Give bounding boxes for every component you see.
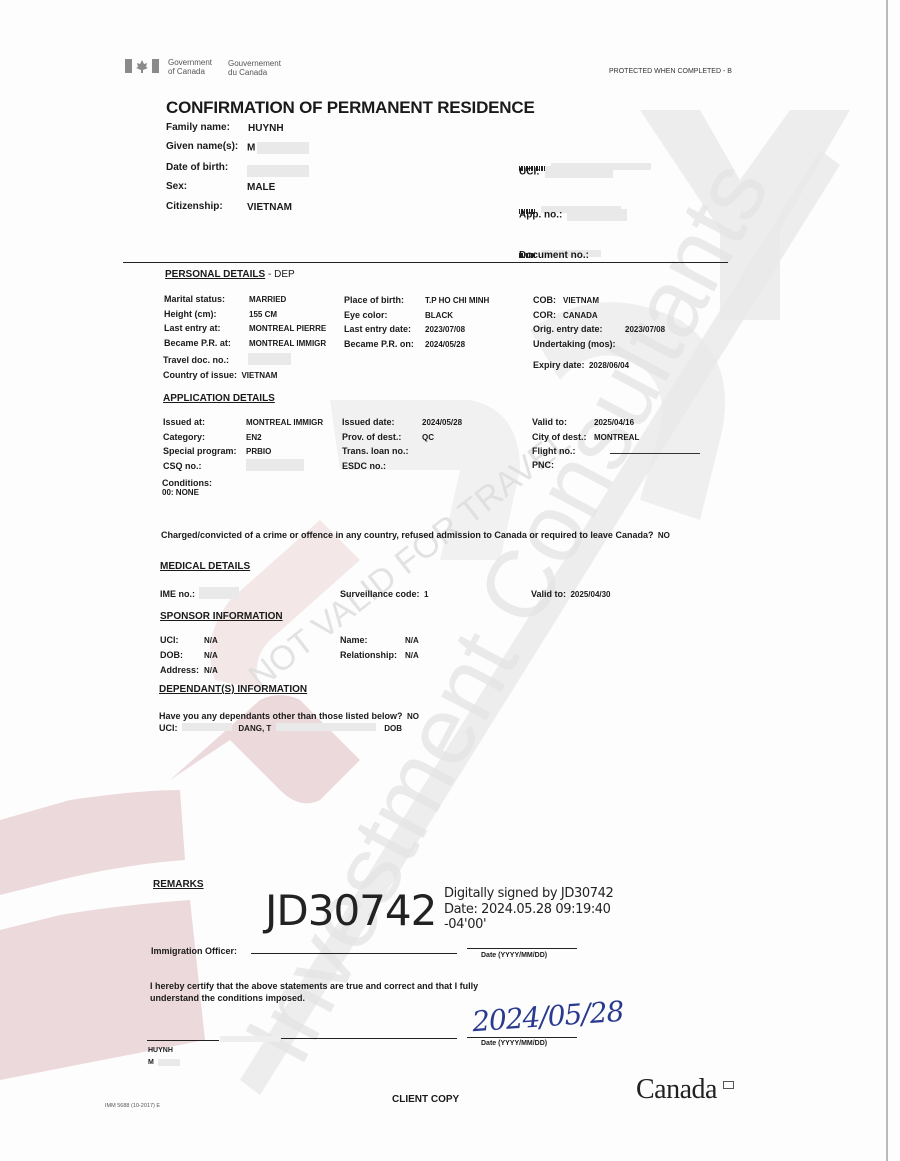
csq-label: CSQ no.:: [163, 460, 246, 473]
page-edge: [886, 0, 888, 1161]
sponsor-col1: UCI:N/A DOB:N/A Address:N/A: [160, 632, 218, 677]
conditions-value: 00: NONE: [162, 488, 212, 498]
application-col3: Valid to:2025/04/16 City of dest.:MONTRE…: [532, 415, 700, 472]
eye-color-value: BLACK: [425, 311, 453, 320]
header-divider: [123, 262, 728, 263]
sponsor-uci-label: UCI:: [160, 634, 204, 647]
citizenship-value: VIETNAM: [247, 202, 292, 213]
uci-label-text: UCI:: [519, 167, 540, 178]
medical-valid-label: Valid to:: [531, 589, 566, 599]
dob-redacted: [247, 162, 309, 180]
doc-no-label: Document no.:: [519, 250, 589, 261]
given-names-label: Given name(s):: [166, 141, 238, 152]
city-dest-label: City of dest.:: [532, 431, 594, 444]
sex-value: MALE: [247, 182, 275, 193]
conditions-block: Conditions: 00: NONE: [162, 478, 212, 498]
dob-label: Date of birth:: [166, 162, 228, 173]
expiry-label: Expiry date:: [533, 360, 585, 370]
surveillance-block: Surveillance code: 1: [340, 584, 428, 602]
redacted-box: [182, 723, 232, 731]
ime-label: IME no.:: [160, 589, 195, 599]
redacted-box: [276, 723, 376, 731]
special-program-value: PRBIO: [246, 447, 271, 456]
sponsor-relationship-label: Relationship:: [340, 649, 405, 662]
expiry-value: 2028/06/04: [589, 361, 629, 370]
last-entry-at-value: MONTREAL PIERRE: [249, 324, 326, 333]
became-pr-at-value: MONTREAL IMMIGR: [249, 339, 326, 348]
certify-line1: I hereby certify that the above statemen…: [150, 980, 478, 992]
form-code: IMM 5688 (10-2017) E: [105, 1103, 160, 1109]
dependant-name: DANG, T: [238, 724, 271, 733]
wordmark-flag-icon: [723, 1081, 734, 1089]
redacted-box: [246, 459, 304, 471]
handwritten-date: 2024/05/28: [471, 995, 624, 1038]
personal-col1: Marital status:MARRIED Height (cm):155 C…: [164, 292, 326, 350]
issued-date-value: 2024/05/28: [422, 418, 462, 427]
valid-to-label: Valid to:: [532, 416, 594, 429]
height-value: 155 CM: [249, 310, 277, 319]
travel-doc-block: Travel doc. no.: Country of issue: VIETN…: [163, 352, 291, 382]
uci-label: UCI:: [519, 166, 613, 178]
esdc-label: ESDC no.:: [342, 460, 422, 473]
flight-no-label: Flight no.:: [532, 445, 594, 458]
redacted-box: [248, 353, 291, 365]
redacted-box: [545, 166, 613, 178]
app-no-text: App. no.:: [519, 210, 562, 221]
orig-entry-value: 2023/07/08: [625, 325, 665, 334]
personal-details-heading: PERSONAL DETAILS - DEP: [165, 269, 295, 280]
personal-col2: Place of birth:T.P HO CHI MINH Eye color…: [344, 293, 489, 351]
city-dest-value: MONTREAL: [594, 433, 639, 442]
application-col1: Issued at:MONTREAL IMMIGR Category:EN2 S…: [163, 415, 323, 472]
officer-date-line: [467, 948, 577, 949]
surveillance-label: Surveillance code:: [340, 589, 420, 599]
redacted-box: [247, 165, 309, 177]
became-pr-on-value: 2024/05/28: [425, 340, 465, 349]
marital-value: MARRIED: [249, 295, 286, 304]
officer-signature-id: JD30742: [265, 887, 436, 935]
became-pr-on-label: Became P.R. on:: [344, 338, 425, 351]
flight-no-line: [610, 446, 700, 454]
gov-fr: Gouvernement du Canada: [228, 59, 281, 77]
issued-date-label: Issued date:: [342, 416, 422, 429]
gov-en: Government of Canada: [168, 58, 212, 76]
dependants-answer: NO: [407, 712, 419, 721]
sponsor-address-value: N/A: [204, 666, 218, 675]
cor-value: CANADA: [563, 311, 598, 320]
cob-label: COB:: [533, 294, 563, 307]
page-title: CONFIRMATION OF PERMANENT RESIDENCE: [166, 98, 535, 118]
gov-en-line1: Government: [168, 58, 212, 67]
gov-fr-line2: du Canada: [228, 68, 281, 77]
given-names-value: M: [247, 142, 309, 154]
dependant-dob-label: DOB: [384, 724, 402, 733]
officer-label: Immigration Officer:: [151, 946, 237, 956]
redacted-box: [220, 1036, 280, 1042]
last-entry-date-value: 2023/07/08: [425, 325, 465, 334]
sponsor-uci-value: N/A: [204, 636, 218, 645]
canada-flag-icon: [125, 58, 159, 74]
eye-color-label: Eye color:: [344, 309, 425, 322]
ime-block: IME no.:: [160, 584, 239, 602]
application-col2: Issued date:2024/05/28 Prov. of dest.:QC…: [342, 415, 462, 473]
client-copy-label: CLIENT COPY: [392, 1094, 459, 1105]
trans-loan-label: Trans. loan no.:: [342, 445, 422, 458]
conditions-label: Conditions:: [162, 478, 212, 488]
personal-heading-text: PERSONAL DETAILS: [165, 269, 265, 280]
prov-dest-value: QC: [422, 433, 434, 442]
personal-heading-suffix: - DEP: [268, 269, 295, 280]
digital-sig-line2: Date: 2024.05.28 09:19:40: [444, 902, 613, 918]
client-name-block: HUYNH M: [148, 1045, 180, 1069]
criminal-answer: NO: [658, 531, 670, 540]
country-issue-label: Country of issue:: [163, 370, 237, 380]
undertaking-label: Undertaking (mos):: [533, 339, 616, 349]
given-names-text: M: [247, 143, 255, 154]
family-name-label: Family name:: [166, 122, 230, 133]
personal-col3: COB:VIETNAM COR:CANADA Orig. entry date:…: [533, 293, 665, 351]
last-entry-date-label: Last entry date:: [344, 323, 425, 336]
country-issue-value: VIETNAM: [241, 371, 277, 380]
sponsor-name-label: Name:: [340, 634, 405, 647]
remarks-heading: REMARKS: [153, 879, 204, 890]
criminal-question: Charged/convicted of a crime or offence …: [161, 525, 670, 543]
canada-wordmark-text: Canada: [636, 1074, 717, 1105]
travel-doc-label: Travel doc. no.:: [163, 354, 248, 367]
criminal-question-text: Charged/convicted of a crime or offence …: [161, 530, 653, 540]
became-pr-at-label: Became P.R. at:: [164, 337, 249, 350]
sponsor-heading: SPONSOR INFORMATION: [160, 611, 283, 622]
application-details-heading: APPLICATION DETAILS: [163, 393, 275, 404]
redacted-box: [567, 209, 627, 221]
place-of-birth-label: Place of birth:: [344, 294, 425, 307]
client-given: M: [148, 1059, 154, 1066]
sponsor-dob-label: DOB:: [160, 649, 204, 662]
expiry-block: Expiry date: 2028/06/04: [533, 355, 629, 373]
canada-wordmark: Canada: [636, 1074, 717, 1106]
category-value: EN2: [246, 433, 262, 442]
sponsor-dob-value: N/A: [204, 651, 218, 660]
client-sign-line: [281, 1038, 457, 1039]
sponsor-address-label: Address:: [160, 664, 204, 677]
gov-canada-signature: [125, 58, 159, 79]
medical-details-heading: MEDICAL DETAILS: [160, 561, 250, 572]
family-name-value: HUYNH: [248, 123, 284, 134]
redacted-box: [199, 587, 239, 599]
redacted-box: [257, 142, 309, 154]
dependant-row: UCI: DANG, T DOB: [159, 718, 402, 736]
medical-valid-block: Valid to: 2025/04/30: [531, 584, 611, 602]
medical-valid-value: 2025/04/30: [570, 590, 610, 599]
gov-en-line2: of Canada: [168, 67, 212, 76]
category-label: Category:: [163, 431, 246, 444]
officer-sign-line: [251, 953, 457, 954]
client-name-line: [147, 1040, 219, 1041]
redacted-box: [158, 1059, 180, 1066]
prov-dest-label: Prov. of dest.:: [342, 431, 422, 444]
surveillance-value: 1: [424, 590, 428, 599]
digital-sig-line1: Digitally signed by JD30742: [444, 886, 613, 902]
client-date-label: Date (YYYY/MM/DD): [481, 1040, 547, 1047]
gov-fr-line1: Gouvernement: [228, 59, 281, 68]
pnc-label: PNC:: [532, 459, 594, 472]
sponsor-col2: Name:N/A Relationship:N/A: [340, 632, 419, 662]
digital-signature-block: Digitally signed by JD30742 Date: 2024.0…: [444, 886, 613, 933]
issued-at-value: MONTREAL IMMIGR: [246, 418, 323, 427]
protected-label: PROTECTED WHEN COMPLETED - B: [609, 68, 732, 75]
sponsor-name-value: N/A: [405, 636, 419, 645]
orig-entry-label: Orig. entry date:: [533, 323, 625, 336]
certify-line2: understand the conditions imposed.: [150, 992, 478, 1004]
officer-date-label: Date (YYYY/MM/DD): [481, 952, 547, 959]
app-no-label: App. no.:: [519, 209, 627, 221]
last-entry-at-label: Last entry at:: [164, 322, 249, 335]
cor-label: COR:: [533, 309, 563, 322]
watermark-consultants: Investment Consultants: [224, 144, 789, 1080]
certification-text: I hereby certify that the above statemen…: [150, 980, 478, 1004]
dependants-heading: DEPENDANT(S) INFORMATION: [159, 684, 307, 695]
valid-to-value: 2025/04/16: [594, 418, 634, 427]
citizenship-label: Citizenship:: [166, 201, 223, 212]
cob-value: VIETNAM: [563, 296, 599, 305]
client-surname: HUYNH: [148, 1045, 180, 1057]
dependant-uci-label: UCI:: [159, 723, 178, 733]
sex-label: Sex:: [166, 181, 187, 192]
height-label: Height (cm):: [164, 308, 249, 321]
issued-at-label: Issued at:: [163, 416, 246, 429]
sponsor-relationship-value: N/A: [405, 651, 419, 660]
marital-label: Marital status:: [164, 293, 249, 306]
place-of-birth-value: T.P HO CHI MINH: [425, 296, 489, 305]
digital-sig-line3: -04'00': [444, 917, 613, 933]
special-program-label: Special program:: [163, 445, 246, 458]
